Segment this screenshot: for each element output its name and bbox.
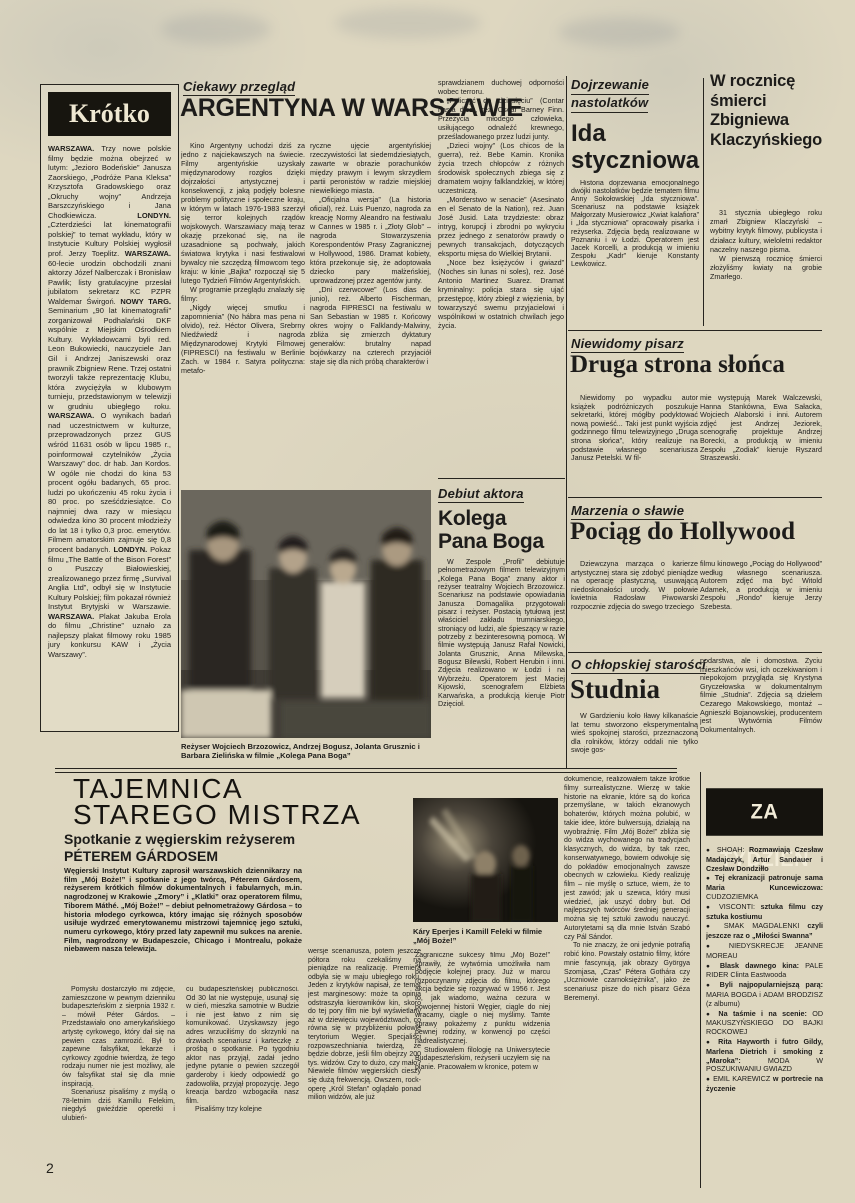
debiut-kicker: Debiut aktora	[438, 486, 524, 503]
krotko-body: WARSZAWA. Trzy nowe polskie filmy będzie…	[41, 141, 178, 722]
krotko-title: Krótko	[48, 92, 171, 136]
gardos-title: TAJEMNICASTAREGO MISTRZA	[73, 776, 361, 828]
film-still-kolega-pana-boga	[181, 490, 431, 738]
gardos-col4: Zagraniczne sukcesy filmu „Mój Boże!” sp…	[415, 952, 550, 1186]
photo2-caption: Káry Eperjes i Kamill Feleki w filmie „M…	[413, 927, 555, 945]
druga-title: Druga strona słońca	[570, 352, 785, 377]
argentyna-col3: sprawdzianem duchowej odporności wobec t…	[438, 78, 564, 476]
argentyna-col2: ryczne ujęcie argentyńskiej rzeczywistoś…	[310, 141, 431, 491]
klaczynski-title: W rocznicę śmierci Zbigniewa Klaczyńskie…	[710, 72, 822, 150]
klaczynski-body: 31 stycznia ubiegłego roku zmarł Zbignie…	[710, 208, 822, 326]
pociag-title: Pociąg do Hollywood	[570, 519, 795, 544]
vrule-za-tydzien	[700, 772, 701, 1188]
studnia-kicker: O chłopskiej starości	[571, 657, 706, 674]
pociag-col2: filmu kinowego „Pociąg do Hollywood” wed…	[700, 560, 822, 648]
rule-pociag	[568, 497, 822, 498]
rule-studnia	[568, 652, 822, 653]
photo1-caption: Reżyser Wojciech Brzozowicz, Andrzej Bog…	[181, 742, 431, 760]
rule-bottom-separator	[55, 768, 677, 773]
za-tydzien-list: ● SHOAH: Rozmawiają Czesław Madajczyk, A…	[706, 846, 823, 1176]
rule-druga	[568, 330, 822, 331]
rule-debiut	[438, 478, 565, 479]
ida-title: Idastyczniowa	[571, 120, 699, 174]
debiut-body: W Zespole „Profil” debiutuje pełnometraż…	[438, 558, 565, 792]
druga-col1: Niewidomy po wypadku autor książek podró…	[571, 394, 698, 494]
page-number: 2	[46, 1160, 54, 1176]
ida-body: Historia dojrzewania emocjonalnego dwójk…	[571, 180, 699, 326]
gardos-subtitle: Spotkanie z węgierskim reżyseremPÉTEREM …	[64, 831, 295, 864]
newspaper-page: Krótko WARSZAWA. Trzy nowe polskie filmy…	[0, 0, 855, 1203]
gardos-lead: Węgierski Instytut Kultury zaprosił wars…	[64, 867, 302, 979]
debiut-title: KolegaPana Boga	[438, 507, 544, 553]
pociag-col1: Dziewczyna marząca o karierze artystyczn…	[571, 560, 698, 648]
druga-col2: mie występują Marek Walczewski, Hanna St…	[700, 394, 822, 494]
studnia-title: Studnia	[570, 676, 660, 703]
gardos-col3: wersje scenariusza, potem jeszcze półtor…	[308, 948, 421, 1186]
studnia-col1: W Gardzieniu koło Iławy kilkanaście lat …	[571, 712, 698, 768]
vrule-ida-klaczynski	[703, 78, 704, 326]
za-tydzien-title: ZA TYDZIEŃ	[706, 788, 823, 836]
gardos-col5: dokumencie, realizowałem także krótkie f…	[564, 776, 690, 1186]
argentyna-col1: Kino Argentyny uchodzi dziś za jedno z n…	[181, 141, 305, 491]
section-krotko: Krótko WARSZAWA. Trzy nowe polskie filmy…	[40, 84, 179, 732]
studnia-col2: podarstwa, ale i domostwa. Życiu mieszka…	[700, 657, 822, 767]
gardos-col2: cu budapeszteńskiej publiczności. Od 30 …	[186, 986, 299, 1186]
gardos-col1: Pomysłu dostarczyło mi zdjęcie, zamieszc…	[62, 986, 175, 1186]
film-still-moj-boze	[413, 798, 558, 922]
vrule-middle-right	[566, 76, 567, 768]
ida-kicker: Dojrzewanienastolatków	[571, 77, 649, 113]
showthrough-ghost	[120, 0, 760, 58]
